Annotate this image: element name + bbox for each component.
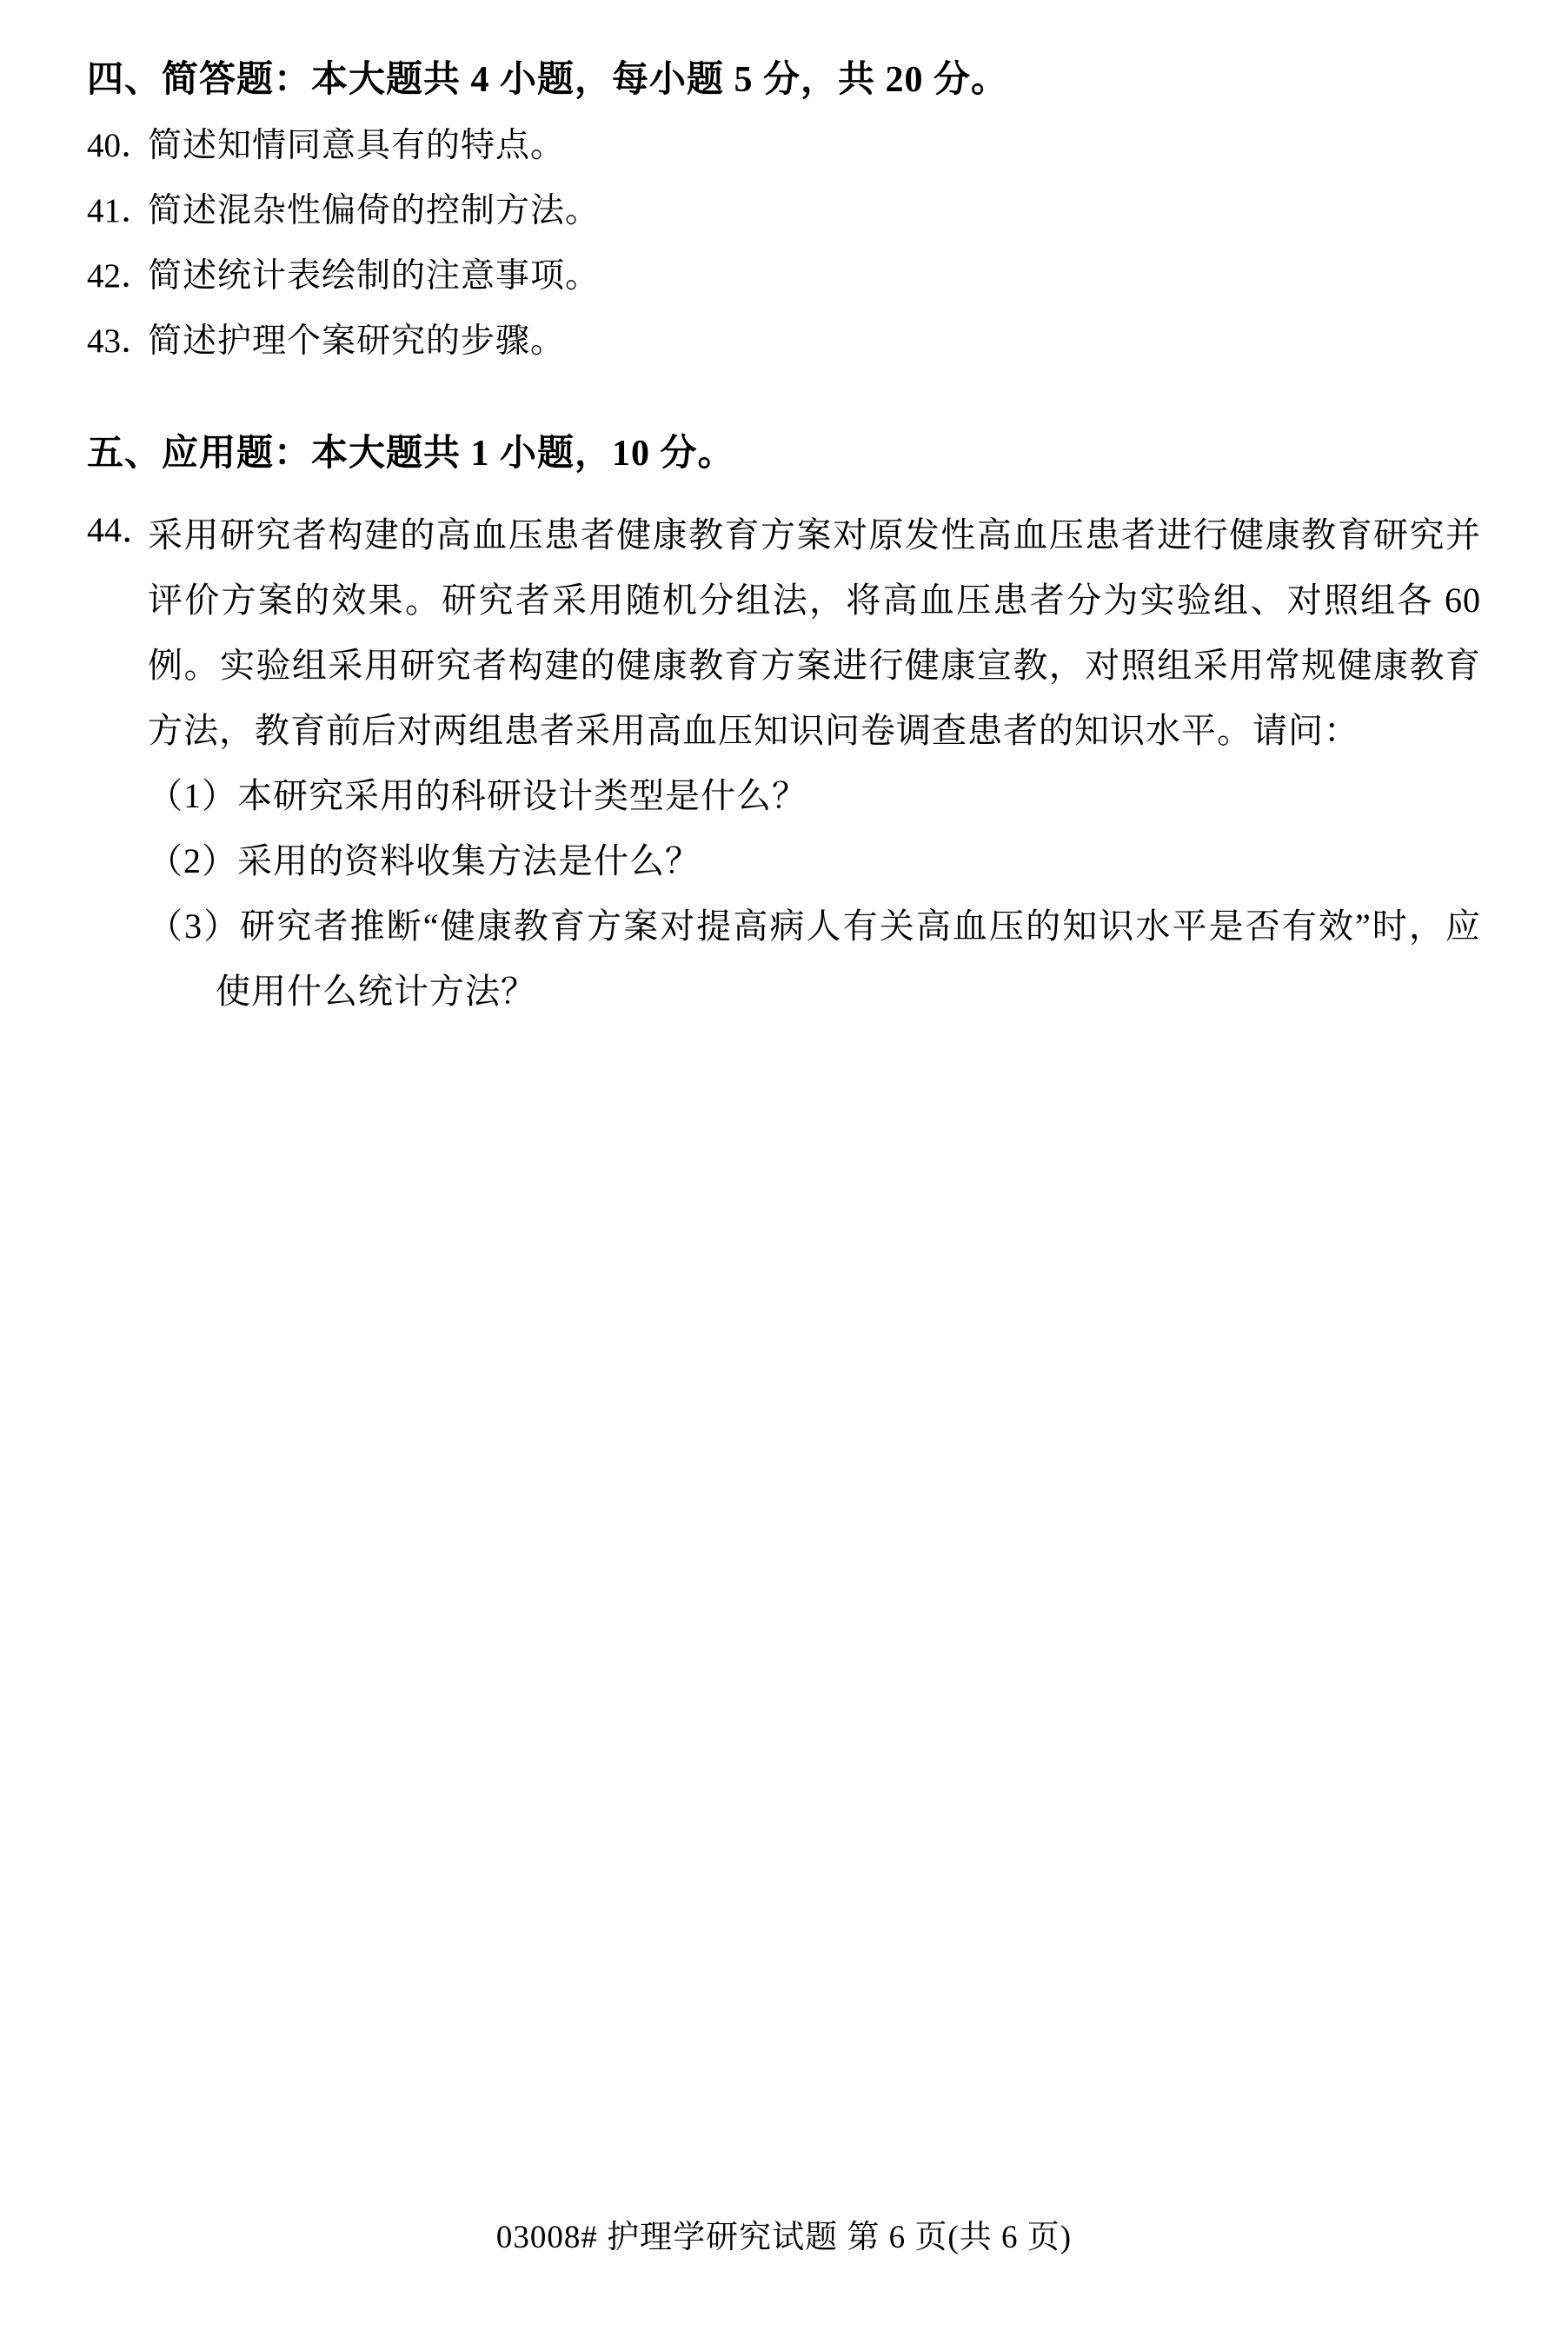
short-answer-list: 40． 简述知情同意具有的特点。 41． 简述混杂性偏倚的控制方法。 42． 简…: [87, 127, 1481, 361]
section5-heading: 五、应用题：本大题共 1 小题，10 分。: [87, 433, 1481, 475]
question-44-stem: 采用研究者构建的高血压患者健康教育方案对原发性高血压患者进行健康教育研究并评价方…: [148, 502, 1481, 763]
question-42: 42． 简述统计表绘制的注意事项。: [87, 257, 1481, 296]
question-44-sub3: （3）研究者推断“健康教育方案对提高病人有关高血压的知识水平是否有效”时，应使用…: [148, 893, 1481, 1024]
exam-page: 四、简答题：本大题共 4 小题，每小题 5 分，共 20 分。 40． 简述知情…: [0, 0, 1568, 2344]
question-44-sub2: （2）采用的资料收集方法是什么？: [148, 828, 1481, 893]
question-43-text: 简述护理个案研究的步骤。: [148, 322, 1481, 362]
question-44-body: 采用研究者构建的高血压患者健康教育方案对原发性高血压患者进行健康教育研究并评价方…: [148, 502, 1481, 1024]
question-44-number: 44．: [87, 502, 148, 1024]
question-40-text: 简述知情同意具有的特点。: [148, 127, 1481, 166]
question-43-number: 43．: [87, 322, 148, 362]
question-41: 41． 简述混杂性偏倚的控制方法。: [87, 192, 1481, 231]
section-short-answer: 四、简答题：本大题共 4 小题，每小题 5 分，共 20 分。 40． 简述知情…: [87, 59, 1481, 362]
question-43: 43． 简述护理个案研究的步骤。: [87, 322, 1481, 362]
question-41-text: 简述混杂性偏倚的控制方法。: [148, 192, 1481, 231]
question-40-number: 40．: [87, 127, 148, 166]
question-40: 40． 简述知情同意具有的特点。: [87, 127, 1481, 166]
section4-heading: 四、简答题：本大题共 4 小题，每小题 5 分，共 20 分。: [87, 59, 1481, 101]
question-42-number: 42．: [87, 257, 148, 296]
question-42-text: 简述统计表绘制的注意事项。: [148, 257, 1481, 296]
question-44: 44． 采用研究者构建的高血压患者健康教育方案对原发性高血压患者进行健康教育研究…: [87, 502, 1481, 1024]
question-41-number: 41．: [87, 192, 148, 231]
question-44-sub1: （1）本研究采用的科研设计类型是什么？: [148, 763, 1481, 828]
page-footer: 03008# 护理学研究试题 第 6 页(共 6 页): [0, 2210, 1568, 2257]
section-applied: 五、应用题：本大题共 1 小题，10 分。 44． 采用研究者构建的高血压患者健…: [87, 433, 1481, 1024]
